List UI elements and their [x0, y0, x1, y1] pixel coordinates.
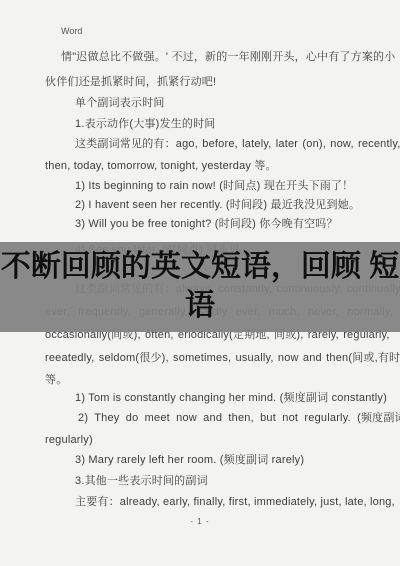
doc-line: then, today, tomorrow, tonight, yesterda…	[45, 160, 277, 173]
doc-line: 单个副词表示时间	[75, 97, 165, 110]
doc-line: 伙伴们还是抓紧时间，抓紧行动吧!	[45, 76, 216, 89]
doc-line: 3.其他一些表示时间的副词	[75, 475, 208, 488]
doc-line: 3) Will you be free tonight? (时间段) 你今晚有空…	[75, 218, 338, 231]
doc-line: 这类副词常见的有：ago, before, lately, later (on)…	[75, 138, 400, 151]
app-title: Word	[61, 26, 82, 36]
doc-line: 1.表示动作(大事)发生的时间	[75, 118, 216, 131]
doc-line: 主要有：already, early, finally, first, imme…	[75, 496, 395, 509]
document-page[interactable]: Word 情"迟做总比不做强。' 不过，新的一年刚刚开头，心中有了方案的小 伙伴…	[0, 0, 400, 566]
doc-line: 等。	[45, 374, 67, 387]
doc-line: 3) Mary rarely left her room. (频度副词 rare…	[75, 454, 304, 467]
overlay-banner-title: 不断回顾的英文短语，回顾 短语	[0, 247, 400, 325]
doc-line: 2) They do meet now and then, but not re…	[78, 412, 400, 425]
doc-line: reeatedly, seldom(很少), sometimes, usuall…	[45, 352, 400, 365]
doc-line: 情"迟做总比不做强。' 不过，新的一年刚刚开头，心中有了方案的小	[61, 51, 395, 64]
page-number: - 1 -	[0, 517, 400, 526]
doc-line: regularly)	[45, 434, 93, 447]
doc-line: 2) I havent seen her recently. (时间段) 最近我…	[75, 199, 360, 212]
doc-line: 1) Its beginning to rain now! (时间点) 现在开头…	[75, 180, 353, 193]
doc-line: 1) Tom is constantly changing her mind. …	[75, 392, 387, 405]
